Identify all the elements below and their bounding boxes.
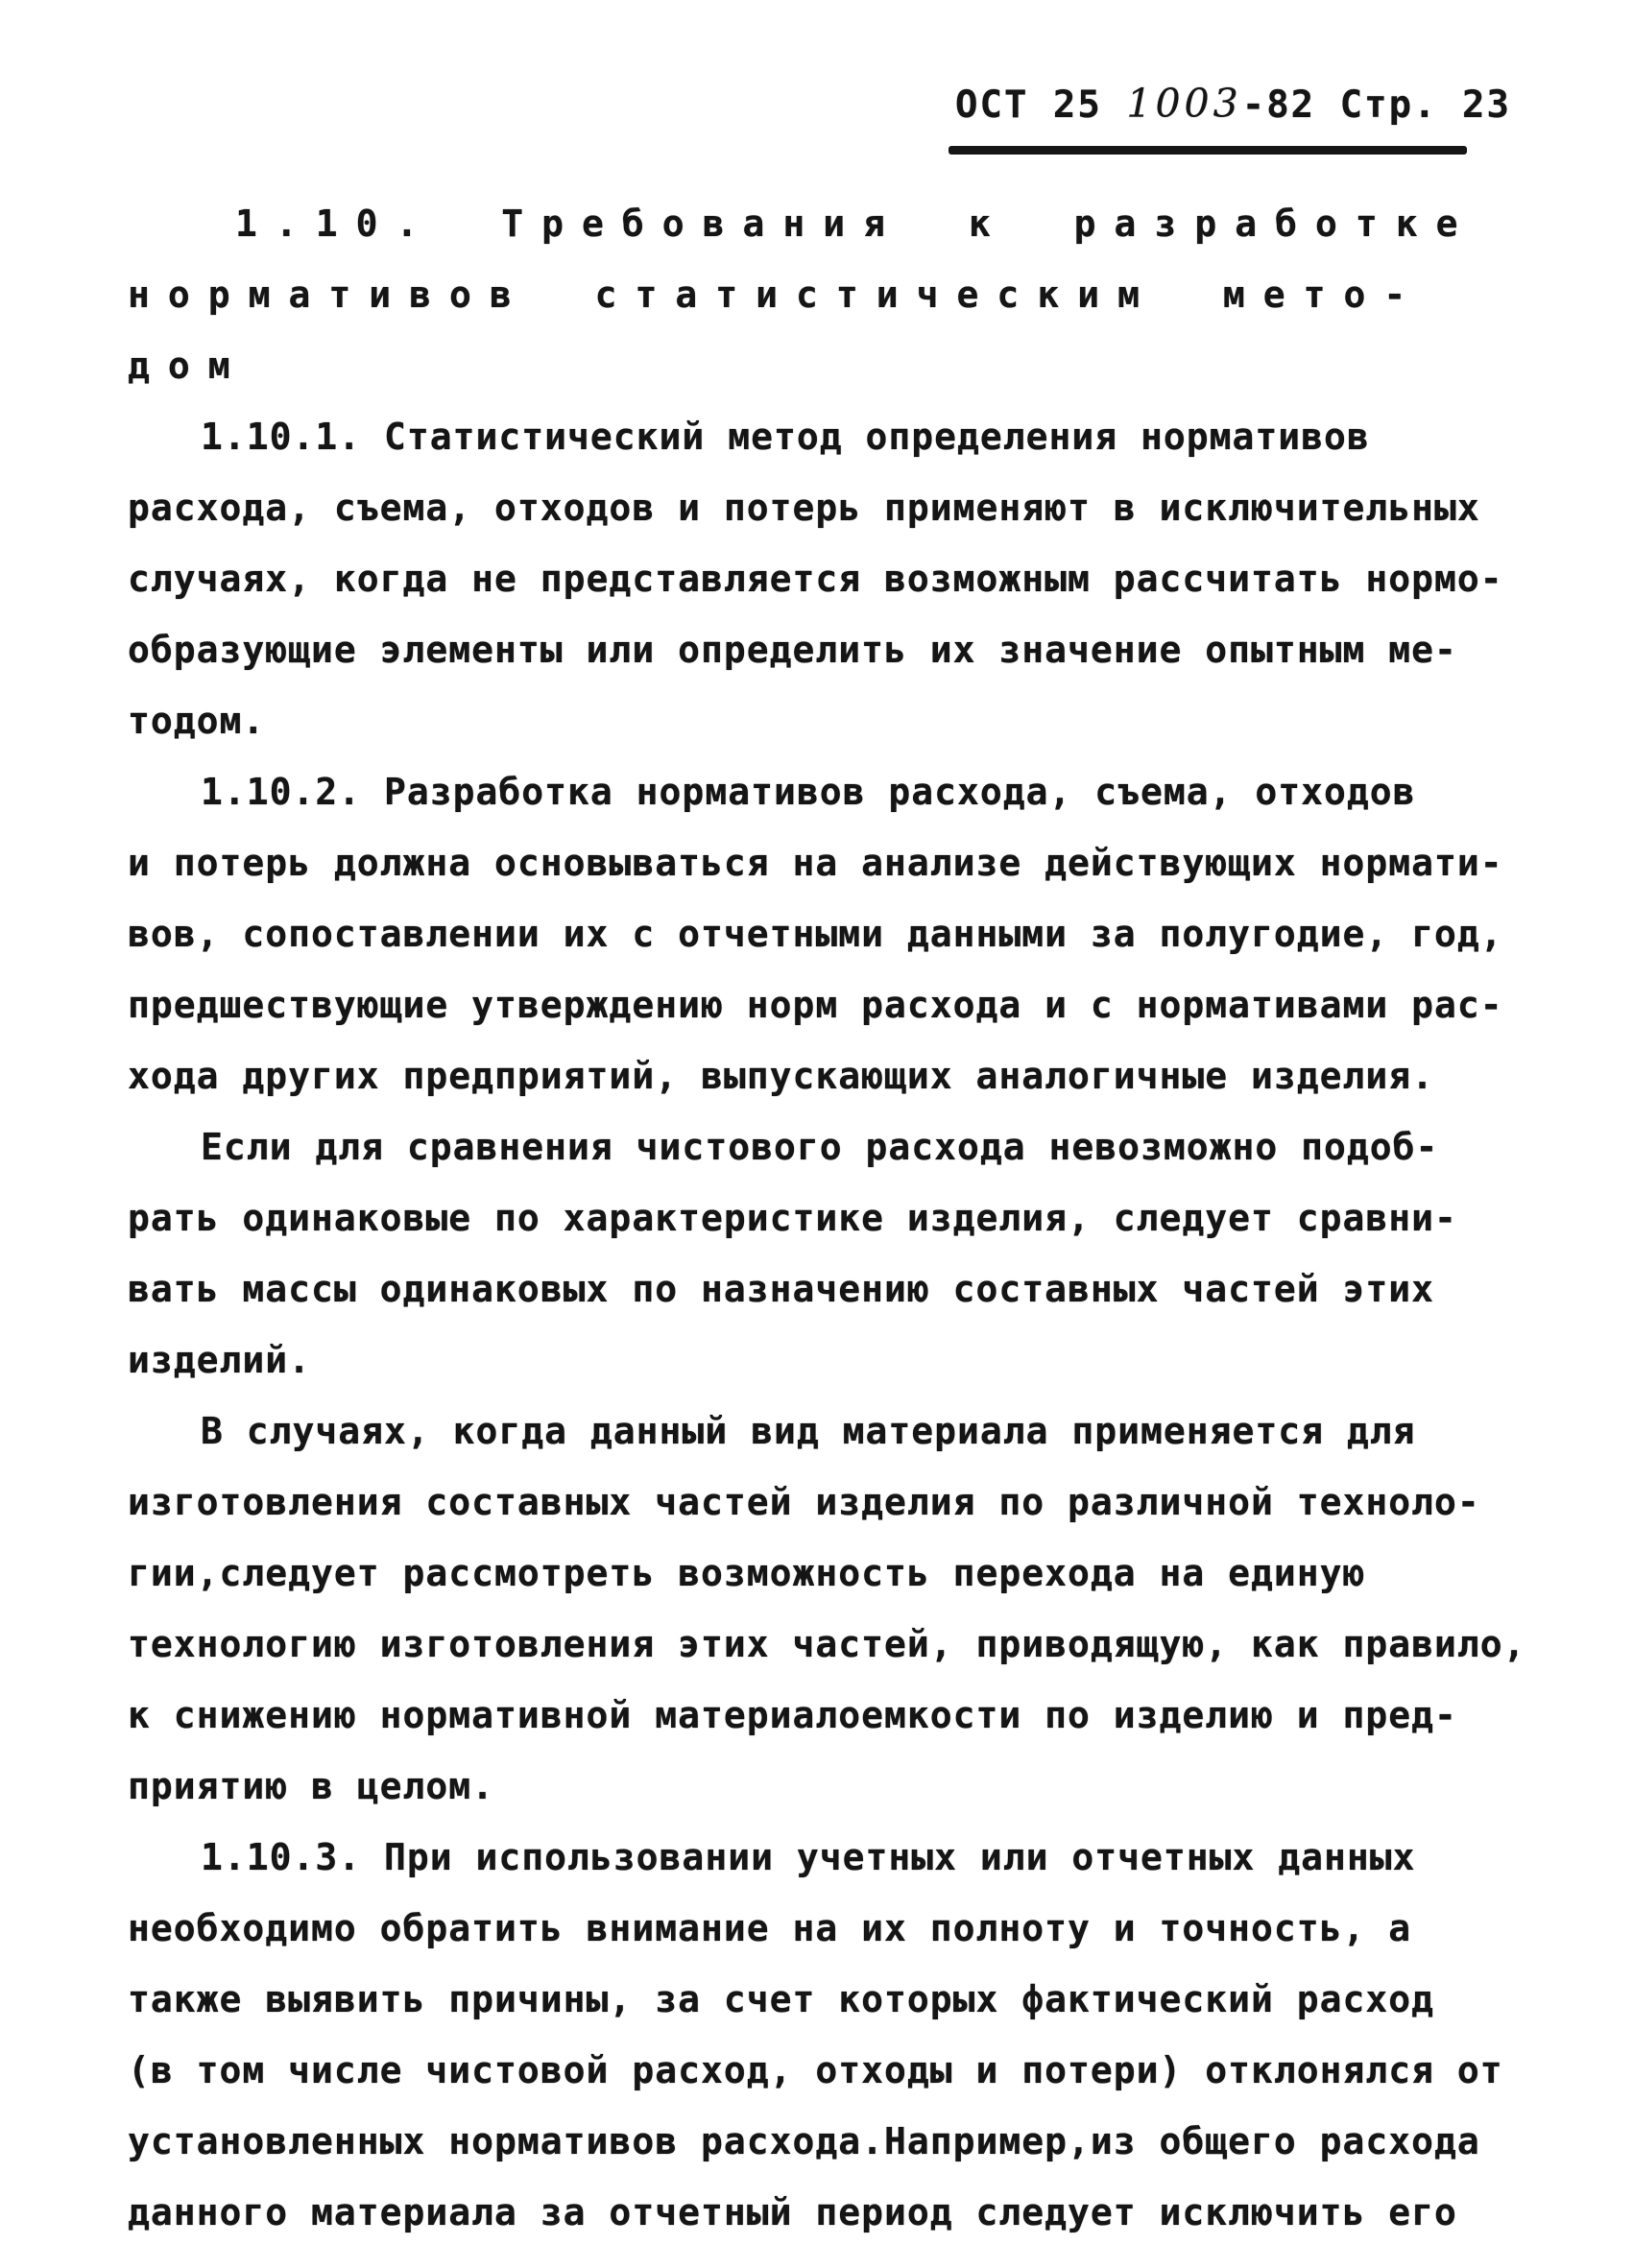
section-heading-line: дом [128, 330, 1520, 401]
text-line: Если для сравнения чистового расхода нев… [128, 1111, 1520, 1182]
paragraph-technology: В случаях, когда данный вид материала пр… [128, 1396, 1520, 1822]
page-content: 1.10. Требования к разработке нормативов… [128, 188, 1520, 2248]
text-line: тодом. [128, 685, 1520, 756]
paragraph-1-10-3: 1.10.3. При использовании учетных или от… [128, 1822, 1520, 2248]
text-line: хода других предприятий, выпускающих ана… [128, 1040, 1520, 1111]
text-line: к снижению нормативной материалоемкости … [128, 1680, 1520, 1751]
section-heading-line: нормативов статистическим мето- [128, 259, 1520, 330]
text-line: изделий. [128, 1325, 1520, 1396]
document-page: ОСТ 25 1003-82 Стр. 23 1.10. Требования … [0, 0, 1633, 2268]
text-line: 1.10.1. Статистический метод определения… [128, 401, 1520, 472]
paragraph-comparison: Если для сравнения чистового расхода нев… [128, 1111, 1520, 1396]
header-underline-rule [949, 146, 1467, 155]
page-header: ОСТ 25 1003-82 Стр. 23 [955, 81, 1511, 127]
paragraph-1-10-2: 1.10.2. Разработка нормативов расхода, с… [128, 756, 1520, 1111]
paragraph-1-10-1: 1.10.1. Статистический метод определения… [128, 401, 1520, 756]
text-line: установленных нормативов расхода.Наприме… [128, 2106, 1520, 2177]
text-line: изготовления составных частей изделия по… [128, 1467, 1520, 1538]
text-line: также выявить причины, за счет которых ф… [128, 1964, 1520, 2035]
text-line: данного материала за отчетный период сле… [128, 2177, 1520, 2248]
text-line: образующие элементы или определить их зн… [128, 614, 1520, 685]
text-line: вов, сопоставлении их с отчетными данным… [128, 898, 1520, 969]
text-line: случаях, когда не представляется возможн… [128, 543, 1520, 614]
text-line: В случаях, когда данный вид материала пр… [128, 1396, 1520, 1467]
section-heading-line: 1.10. Требования к разработке [128, 188, 1520, 259]
page-number-label: Стр. 23 [1340, 84, 1511, 127]
text-line: расхода, съема, отходов и потерь применя… [128, 472, 1520, 543]
standard-suffix: -82 [1242, 84, 1315, 127]
text-line: приятию в целом. [128, 1751, 1520, 1822]
text-line: необходимо обратить внимание на их полно… [128, 1893, 1520, 1964]
text-line: (в том числе чистовой расход, отходы и п… [128, 2035, 1520, 2106]
text-line: рать одинаковые по характеристике издели… [128, 1182, 1520, 1253]
text-line: и потерь должна основываться на анализе … [128, 827, 1520, 898]
text-line: технологию изготовления этих частей, при… [128, 1609, 1520, 1680]
text-line: 1.10.2. Разработка нормативов расхода, с… [128, 756, 1520, 827]
text-line: вать массы одинаковых по назначению сост… [128, 1253, 1520, 1325]
section-heading: 1.10. Требования к разработке нормативов… [128, 188, 1520, 401]
text-line: предшествующие утверждению норм расхода … [128, 969, 1520, 1040]
text-line: гии,следует рассмотреть возможность пере… [128, 1538, 1520, 1609]
standard-number-handwritten: 1003 [1126, 81, 1241, 127]
body-text: 1.10.1. Статистический метод определения… [128, 401, 1520, 2248]
text-line: 1.10.3. При использовании учетных или от… [128, 1822, 1520, 1893]
standard-prefix: ОСТ 25 [955, 84, 1102, 127]
